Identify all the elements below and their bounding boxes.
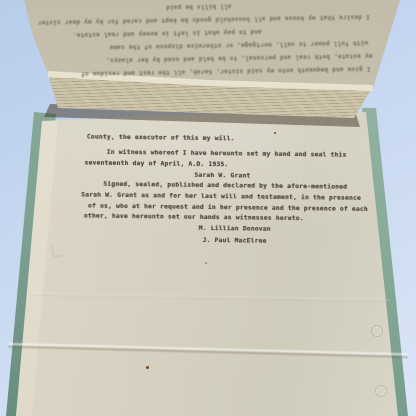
typed-line: other, have hereunto set our hands as wi… xyxy=(84,211,304,222)
witness-signature-2: J. Paul MacElree xyxy=(203,236,267,245)
signature-sarah-grant: Sarah W. Grant xyxy=(194,171,250,180)
photo-of-will: County, the executor of this my will. In… xyxy=(0,0,416,416)
typed-line-date: seventeenth day of April, A.D. 1935. xyxy=(84,158,228,168)
typed-line: Sarah W. Grant as and for her last will … xyxy=(81,190,361,201)
typed-line: County, the executor of this my will. xyxy=(87,133,235,143)
witness-signature-1: M. Lillian Donovan xyxy=(199,224,271,233)
typed-line: Signed, sealed, published and declared b… xyxy=(103,180,347,191)
typed-line: In witness whereof I have hereunto set m… xyxy=(107,148,347,159)
upside-down-typed-text: I give and bequeath unto my said sister,… xyxy=(41,0,372,81)
